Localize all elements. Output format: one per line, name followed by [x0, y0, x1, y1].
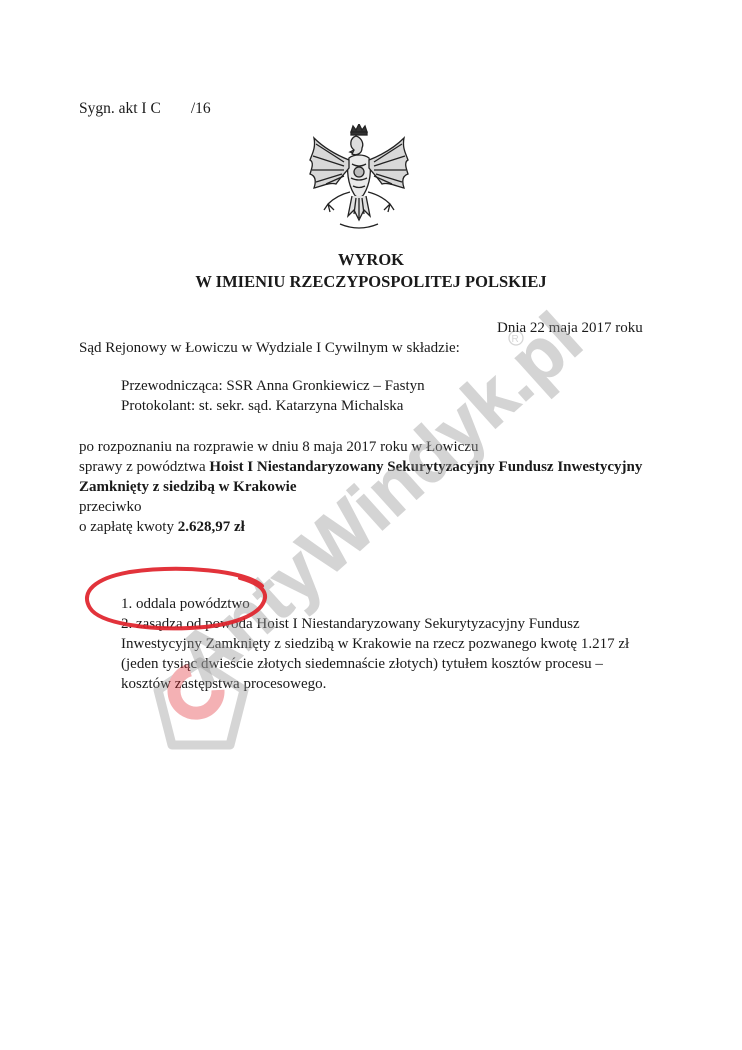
plaintiff-seat: Zamknięty z siedzibą w Krakowie [79, 479, 297, 495]
verdict-item-1: 1. oddala powództwo [121, 596, 250, 613]
judgment-date: Dnia 22 maja 2017 roku [497, 320, 643, 337]
judgment-title: WYROK [0, 250, 742, 270]
court-clerk: Protokolant: st. sekr. sąd. Katarzyna Mi… [121, 398, 403, 415]
case-signature-suffix: /16 [191, 100, 211, 117]
judgment-subtitle: W IMIENIU RZECZYPOSPOLITEJ POLSKIEJ [0, 272, 742, 292]
plaintiff-name: Hoist I Niestandaryzowany Sekurytyzacyjn… [209, 459, 642, 475]
plaintiff-name-continued: Zamknięty z siedzibą w Krakowie [79, 479, 297, 496]
against-label: przeciwko [79, 499, 141, 516]
verdict-item-2-line-3: (jeden tysiąc dwieście złotych siedemnaś… [121, 656, 603, 673]
verdict-item-2-line-2: Inwestycyjny Zamknięty z siedzibą w Krak… [121, 636, 629, 653]
shield-logo-icon [158, 662, 244, 745]
case-signature: Sygn. akt I C/16 [79, 100, 211, 118]
verdict-item-2-line-4: kosztów zastępstwa procesowego. [121, 676, 326, 693]
claim-amount: 2.628,97 zł [178, 519, 245, 535]
case-plaintiff-line: sprawy z powództwa Hoist I Niestandaryzo… [79, 459, 642, 476]
judgment-page: Sygn. akt I C/16 [0, 0, 742, 1050]
hearing-info: po rozpoznaniu na rozprawie w dniu 8 maj… [79, 439, 478, 456]
verdict-item-2: 2. zasądza od powoda Hoist I Niestandary… [121, 616, 580, 633]
polish-eagle-emblem-icon [304, 124, 414, 236]
claim-line: o zapłatę kwoty 2.628,97 zł [79, 519, 245, 536]
presiding-judge: Przewodnicząca: SSR Anna Gronkiewicz – F… [121, 378, 425, 395]
claim-prefix: o zapłatę kwoty [79, 519, 178, 535]
case-signature-prefix: Sygn. akt I C [79, 100, 161, 117]
case-prefix: sprawy z powództwa [79, 459, 209, 475]
court-composition: Sąd Rejonowy w Łowiczu w Wydziale I Cywi… [79, 340, 460, 357]
